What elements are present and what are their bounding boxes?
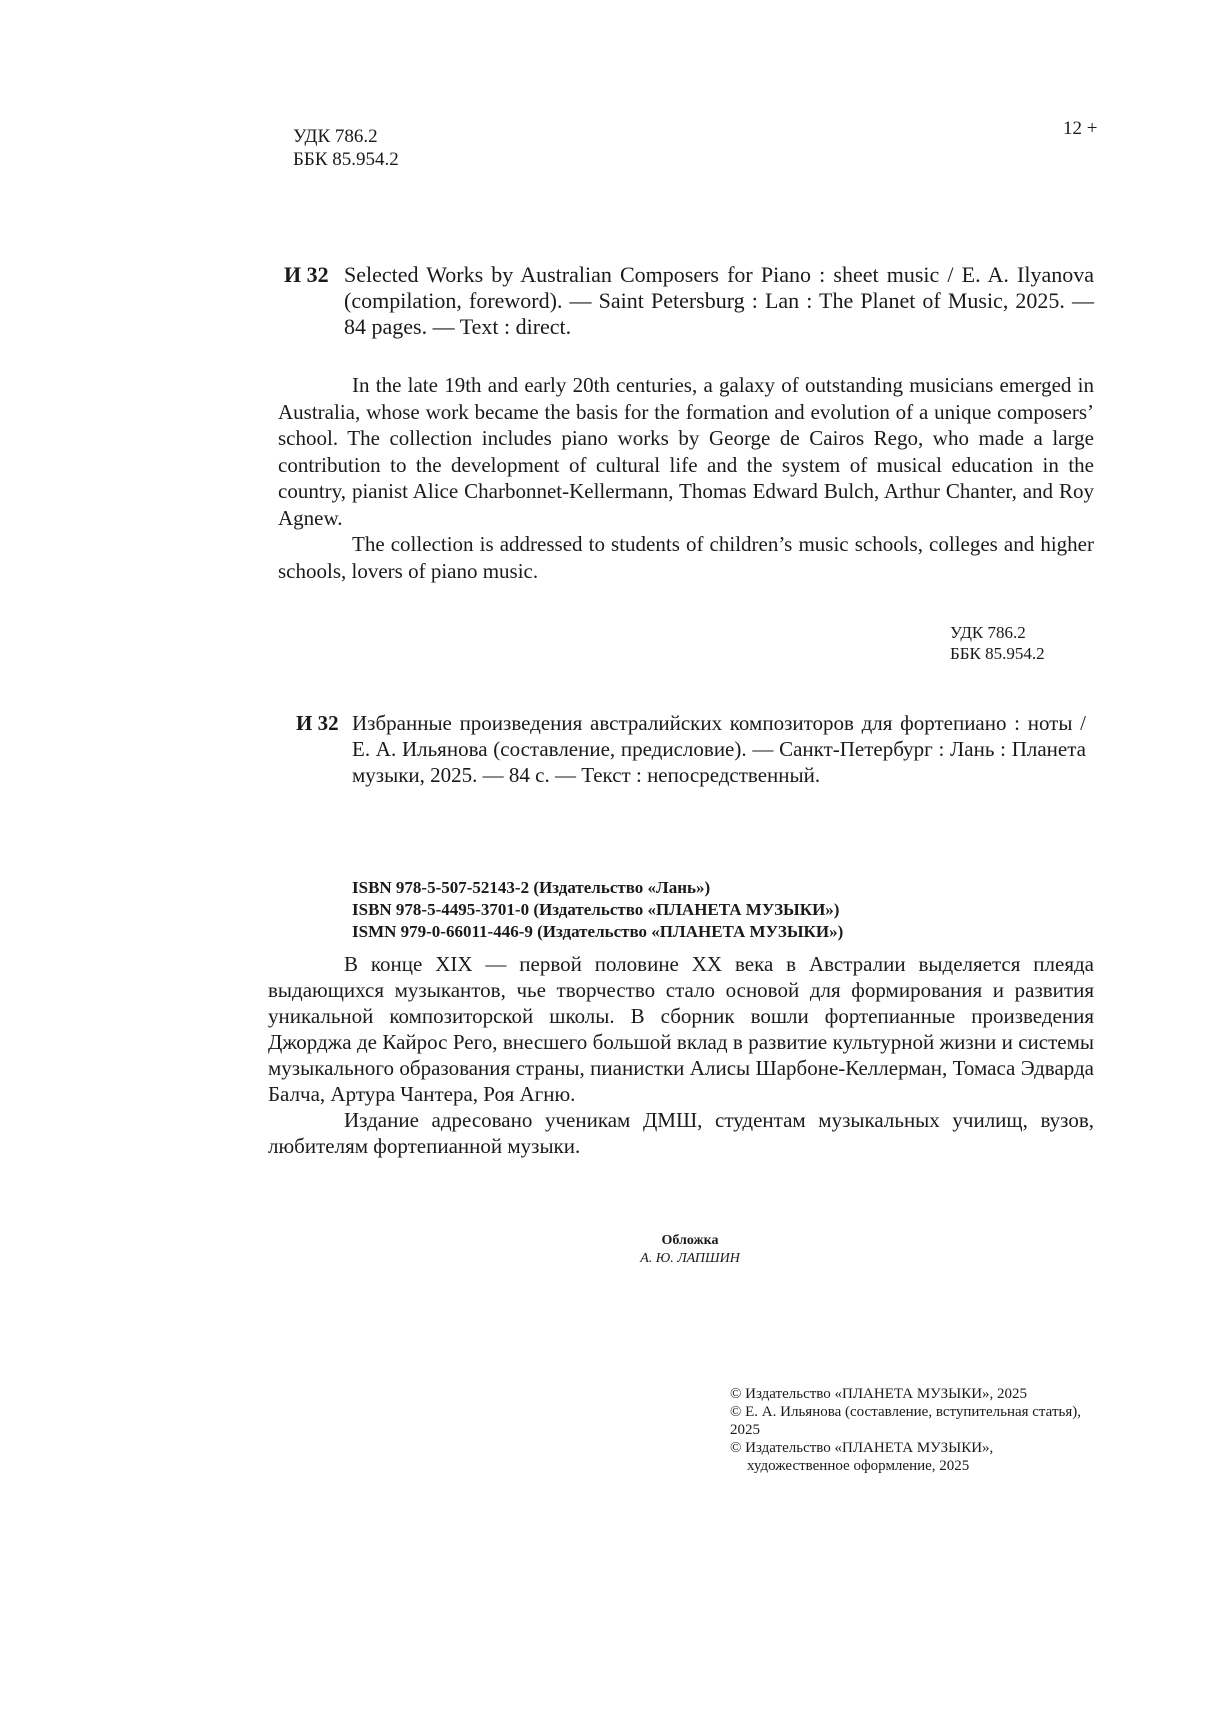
classification-header: УДК 786.2 ББК 85.954.2 xyxy=(293,125,399,171)
author-sign: И 32 xyxy=(284,262,329,288)
abstract-paragraph: Издание адресовано ученикам ДМШ, студент… xyxy=(268,1107,1094,1159)
isbn-lan: ISBN 978-5-507-52143-2 (Издательство «Ла… xyxy=(352,877,843,899)
entry-text: Избранные произведения австралийских ком… xyxy=(296,710,1086,788)
abstract-en: In the late 19th and early 20th centurie… xyxy=(278,372,1094,584)
ismn-planet: ISMN 979-0-66011-446-9 (Издательство «ПЛ… xyxy=(352,921,843,943)
isbn-planet: ISBN 978-5-4495-3701-0 (Издательство «ПЛ… xyxy=(352,899,843,921)
bbk-code: ББК 85.954.2 xyxy=(950,643,1045,664)
copyright-line: © Е. А. Ильянова (составление, вступител… xyxy=(730,1403,1090,1439)
copyright-line: © Издательство «ПЛАНЕТА МУЗЫКИ», xyxy=(730,1439,1090,1457)
cover-designer: А. Ю. ЛАПШИН xyxy=(560,1250,820,1268)
classification-ru: УДК 786.2 ББК 85.954.2 xyxy=(950,622,1045,664)
bibliographic-entry-en: И 32 Selected Works by Australian Compos… xyxy=(284,262,1094,340)
bibliographic-entry-ru: И 32 Избранные произведения австралийски… xyxy=(296,710,1086,788)
cover-credit: Обложка А. Ю. ЛАПШИН xyxy=(560,1232,820,1268)
author-sign: И 32 xyxy=(296,710,339,736)
udk-code: УДК 786.2 xyxy=(293,125,399,148)
abstract-paragraph: В конце XIX — первой половине XX века в … xyxy=(268,951,1094,1107)
cover-label: Обложка xyxy=(560,1232,820,1250)
copyright-block: © Издательство «ПЛАНЕТА МУЗЫКИ», 2025 © … xyxy=(730,1385,1090,1475)
copyright-line: художественное оформление, 2025 xyxy=(730,1457,1090,1475)
identifiers-block: ISBN 978-5-507-52143-2 (Издательство «Ла… xyxy=(352,877,843,943)
abstract-ru: В конце XIX — первой половине XX века в … xyxy=(268,951,1094,1159)
entry-text: Selected Works by Australian Composers f… xyxy=(284,262,1094,340)
bbk-code: ББК 85.954.2 xyxy=(293,148,399,171)
abstract-paragraph: The collection is addressed to students … xyxy=(278,531,1094,584)
udk-code: УДК 786.2 xyxy=(950,622,1045,643)
age-rating: 12 + xyxy=(1063,118,1097,140)
copyright-line: © Издательство «ПЛАНЕТА МУЗЫКИ», 2025 xyxy=(730,1385,1090,1403)
abstract-paragraph: In the late 19th and early 20th centurie… xyxy=(278,372,1094,531)
